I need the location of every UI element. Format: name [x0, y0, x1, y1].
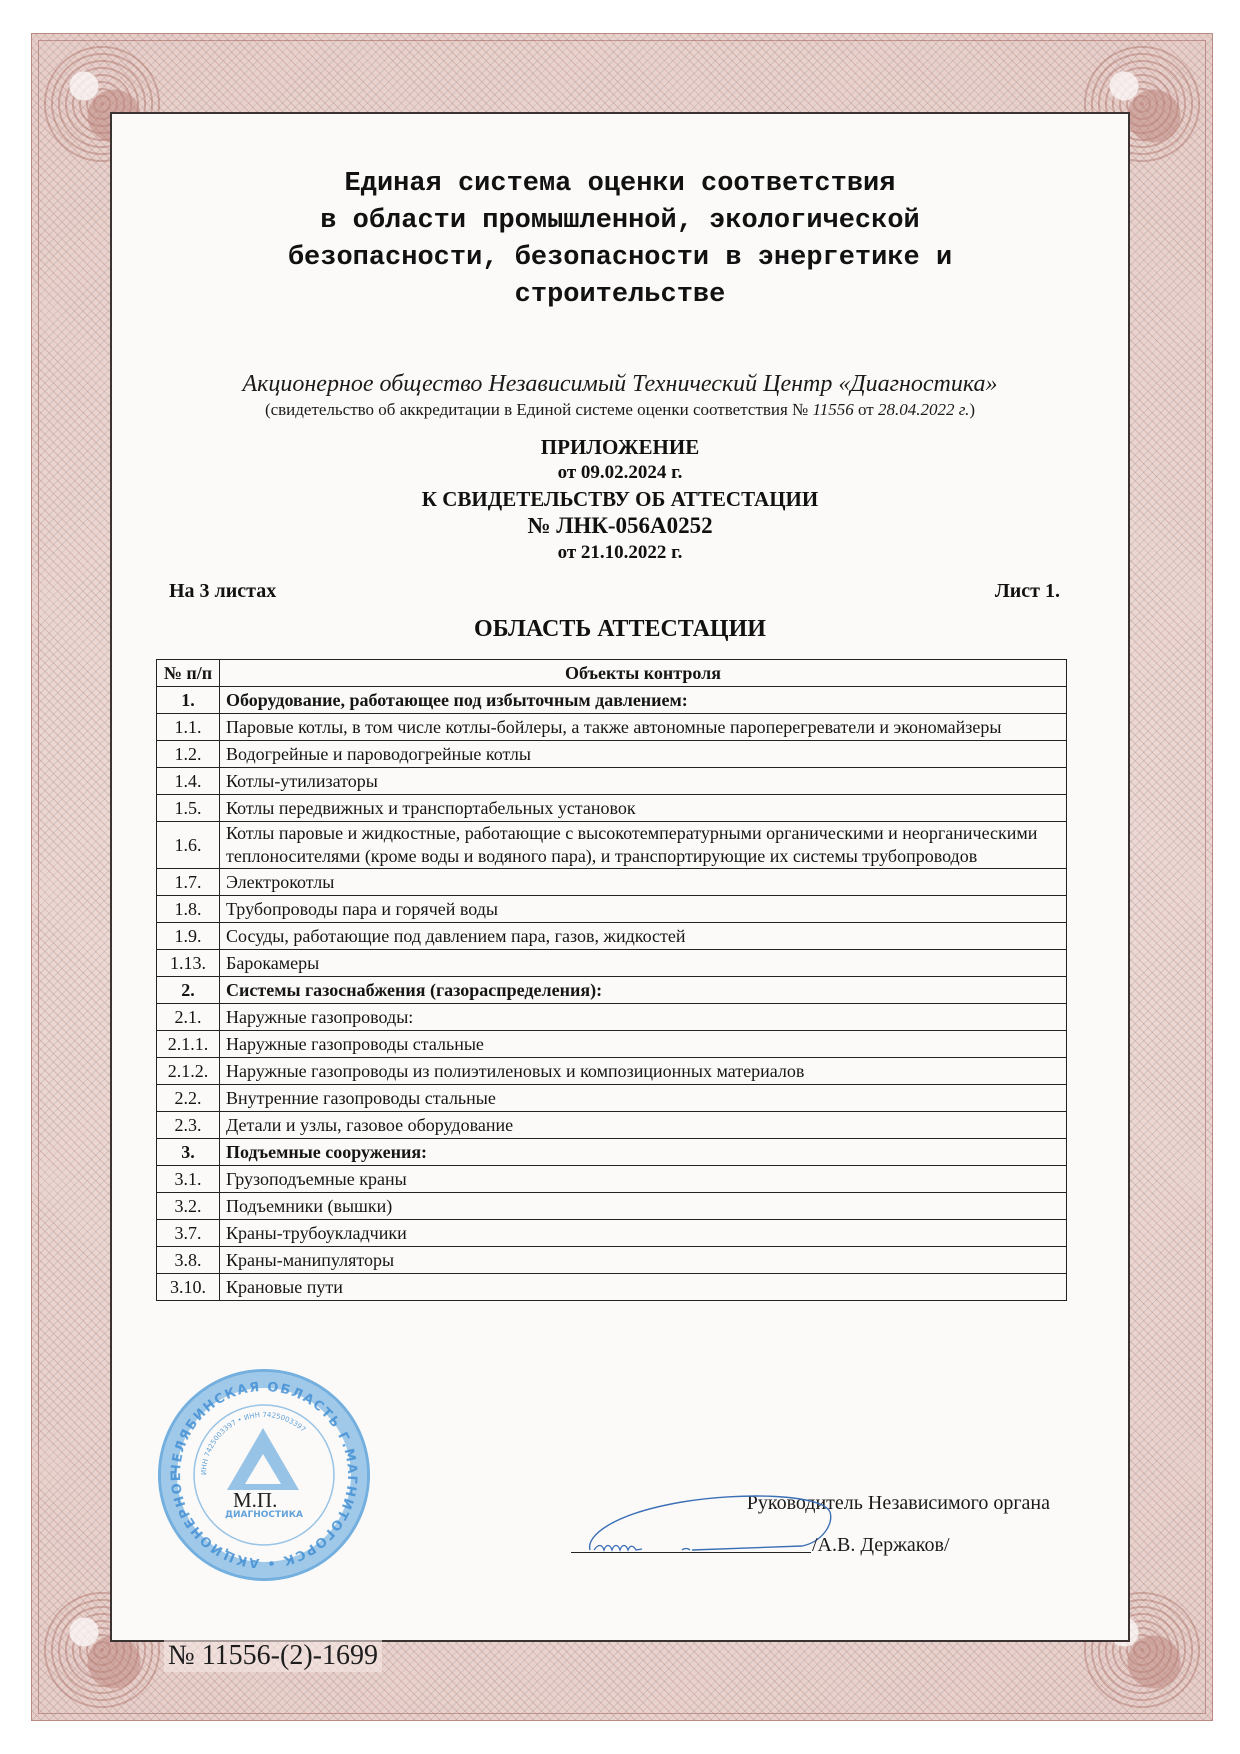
row-object: Водогрейные и пароводогрейные котлы: [220, 741, 1067, 768]
sheets-total: На 3 листах: [169, 580, 276, 603]
accreditation-mid: от: [854, 400, 878, 419]
signer-name: /А.В. Держаков/: [812, 1534, 950, 1557]
signature-icon: [572, 1492, 852, 1562]
row-number: 3.7.: [157, 1220, 220, 1247]
organization-name: Акционерное общество Независимый Техниче…: [112, 369, 1128, 399]
row-number: 1.9.: [157, 923, 220, 950]
stamp-place-label: М.П.: [233, 1488, 277, 1513]
row-number: 2.1.1.: [157, 1031, 220, 1058]
row-number: 2.2.: [157, 1085, 220, 1112]
table-row: 1.4.Котлы-утилизаторы: [157, 768, 1067, 795]
system-title-line: Единая система оценки соответствия: [112, 166, 1128, 203]
organization-stamp: ЧЕЛЯБИНСКАЯ ОБЛАСТЬ Г.МАГНИТОГОРСК • АКЦ…: [158, 1369, 370, 1581]
table-row: 3.8.Краны-манипуляторы: [157, 1247, 1067, 1274]
handwritten-signature: [572, 1492, 852, 1562]
table-section-row: 2.Системы газоснабжения (газораспределен…: [157, 977, 1067, 1004]
row-number: 1.2.: [157, 741, 220, 768]
table-header-row: № п/п Объекты контроля: [157, 660, 1067, 687]
scope-title: ОБЛАСТЬ АТТЕСТАЦИИ: [112, 616, 1128, 643]
row-number: 3.1.: [157, 1166, 220, 1193]
accreditation-number: 11556: [812, 400, 853, 419]
column-header-objects: Объекты контроля: [220, 660, 1067, 687]
row-object: Подъемники (вышки): [220, 1193, 1067, 1220]
row-object: Котлы-утилизаторы: [220, 768, 1067, 795]
certificate-number: № ЛНК-056А0252: [112, 512, 1128, 540]
row-number: 1.4.: [157, 768, 220, 795]
row-number: 1.1.: [157, 714, 220, 741]
row-object: Сосуды, работающие под давлением пара, г…: [220, 923, 1067, 950]
sheet-number: Лист 1.: [995, 580, 1060, 603]
row-object: Трубопроводы пара и горячей воды: [220, 896, 1067, 923]
certificate-date: от 21.10.2022 г.: [112, 540, 1128, 566]
row-number: 2.1.2.: [157, 1058, 220, 1085]
appendix-to-certificate: К СВИДЕТЕЛЬСТВУ ОБ АТТЕСТАЦИИ: [112, 486, 1128, 512]
organization-block: Акционерное общество Независимый Техниче…: [112, 369, 1128, 421]
row-object: Наружные газопроводы:: [220, 1004, 1067, 1031]
system-title: Единая система оценки соответствия в обл…: [112, 166, 1128, 314]
registration-number: № 11556-(2)-1699: [164, 1640, 382, 1672]
row-number: 3.: [157, 1139, 220, 1166]
table-row: 1.8.Трубопроводы пара и горячей воды: [157, 896, 1067, 923]
triangle-logo-icon: [227, 1428, 299, 1490]
row-number: 3.8.: [157, 1247, 220, 1274]
row-object: Барокамеры: [220, 950, 1067, 977]
row-object: Краны-трубоукладчики: [220, 1220, 1067, 1247]
row-object: Системы газоснабжения (газораспределения…: [220, 977, 1067, 1004]
table-row: 1.5.Котлы передвижных и транспортабельны…: [157, 795, 1067, 822]
row-object: Котлы передвижных и транспортабельных ус…: [220, 795, 1067, 822]
table-row: 3.10.Крановые пути: [157, 1274, 1067, 1301]
table-row: 1.9.Сосуды, работающие под давлением пар…: [157, 923, 1067, 950]
table-row: 3.2.Подъемники (вышки): [157, 1193, 1067, 1220]
scope-table: № п/п Объекты контроля 1.Оборудование, р…: [156, 659, 1067, 1301]
scope-table-body: 1.Оборудование, работающее под избыточны…: [157, 687, 1067, 1301]
system-title-line: строительстве: [112, 277, 1128, 314]
accreditation-date: 28.04.2022 г.: [878, 400, 969, 419]
accreditation-line: (свидетельство об аккредитации в Единой …: [112, 399, 1128, 421]
row-object: Наружные газопроводы из полиэтиленовых и…: [220, 1058, 1067, 1085]
row-object: Краны-манипуляторы: [220, 1247, 1067, 1274]
table-row: 2.2.Внутренние газопроводы стальные: [157, 1085, 1067, 1112]
system-title-line: в области промышленной, экологической: [112, 203, 1128, 240]
row-object: Детали и узлы, газовое оборудование: [220, 1112, 1067, 1139]
table-row: 2.1.1.Наружные газопроводы стальные: [157, 1031, 1067, 1058]
row-object: Паровые котлы, в том числе котлы-бойлеры…: [220, 714, 1067, 741]
row-number: 1.7.: [157, 869, 220, 896]
row-number: 1.13.: [157, 950, 220, 977]
table-row: 1.2.Водогрейные и пароводогрейные котлы: [157, 741, 1067, 768]
row-number: 2.1.: [157, 1004, 220, 1031]
row-number: 3.10.: [157, 1274, 220, 1301]
appendix-date: от 09.02.2024 г.: [112, 460, 1128, 486]
table-row: 3.7.Краны-трубоукладчики: [157, 1220, 1067, 1247]
row-number: 2.3.: [157, 1112, 220, 1139]
table-row: 1.6.Котлы паровые и жидкостные, работающ…: [157, 822, 1067, 869]
row-object: Наружные газопроводы стальные: [220, 1031, 1067, 1058]
table-row: 1.1.Паровые котлы, в том числе котлы-бой…: [157, 714, 1067, 741]
table-row: 1.13.Барокамеры: [157, 950, 1067, 977]
table-row: 1.7.Электрокотлы: [157, 869, 1067, 896]
accreditation-suffix: ): [969, 400, 975, 419]
system-title-line: безопасности, безопасности в энергетике …: [112, 240, 1128, 277]
appendix-heading: ПРИЛОЖЕНИЕ от 09.02.2024 г. К СВИДЕТЕЛЬС…: [112, 434, 1128, 566]
row-object: Оборудование, работающее под избыточным …: [220, 687, 1067, 714]
table-row: 2.1.Наружные газопроводы:: [157, 1004, 1067, 1031]
appendix-title: ПРИЛОЖЕНИЕ: [112, 434, 1128, 460]
table-row: 2.1.2.Наружные газопроводы из полиэтилен…: [157, 1058, 1067, 1085]
accreditation-prefix: (свидетельство об аккредитации в Единой …: [265, 400, 813, 419]
table-section-row: 3.Подъемные сооружения:: [157, 1139, 1067, 1166]
row-object: Электрокотлы: [220, 869, 1067, 896]
row-object: Крановые пути: [220, 1274, 1067, 1301]
row-object: Подъемные сооружения:: [220, 1139, 1067, 1166]
row-object: Грузоподъемные краны: [220, 1166, 1067, 1193]
row-number: 1.: [157, 687, 220, 714]
table-row: 2.3.Детали и узлы, газовое оборудование: [157, 1112, 1067, 1139]
row-number: 1.8.: [157, 896, 220, 923]
row-number: 1.6.: [157, 822, 220, 869]
row-number: 1.5.: [157, 795, 220, 822]
row-number: 2.: [157, 977, 220, 1004]
row-object: Котлы паровые и жидкостные, работающие с…: [220, 822, 1067, 869]
table-row: 3.1.Грузоподъемные краны: [157, 1166, 1067, 1193]
row-object: Внутренние газопроводы стальные: [220, 1085, 1067, 1112]
document-sheet: Единая система оценки соответствия в обл…: [110, 112, 1130, 1642]
column-header-number: № п/п: [157, 660, 220, 687]
row-number: 3.2.: [157, 1193, 220, 1220]
table-section-row: 1.Оборудование, работающее под избыточны…: [157, 687, 1067, 714]
